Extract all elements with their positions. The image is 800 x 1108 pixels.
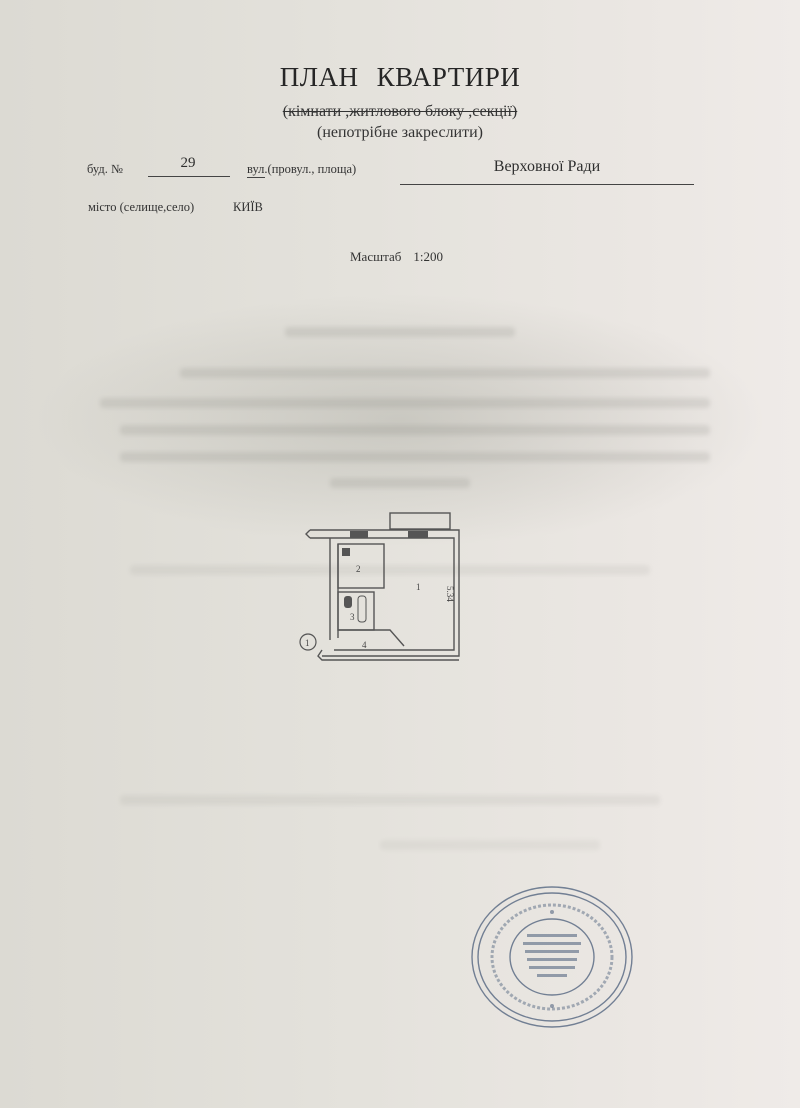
scale-label: Масштаб xyxy=(350,249,401,264)
svg-text:1: 1 xyxy=(416,582,421,592)
street-value: Верховної Ради xyxy=(400,158,694,176)
building-number: 29 xyxy=(148,155,228,172)
scale-value: 1:200 xyxy=(413,249,443,264)
street-underline xyxy=(400,184,694,185)
title-word-apartment: КВАРТИРИ xyxy=(377,62,521,92)
official-stamp-icon xyxy=(467,882,637,1032)
city-label: місто (селище,село) xyxy=(88,200,194,215)
street-label-underline xyxy=(247,177,265,178)
svg-text:4: 4 xyxy=(362,640,367,650)
svg-text:3: 3 xyxy=(350,612,355,622)
building-number-underline xyxy=(148,176,230,177)
street-label: вул.(провул., площа) xyxy=(247,162,356,177)
subtitle-struck-options: (кімнати ,житлового блоку ,секції) xyxy=(0,103,800,121)
svg-text:2: 2 xyxy=(356,564,361,574)
apartment-floor-plan-icon: 2 1 3 4 5.34 1 xyxy=(294,508,470,673)
svg-text:1: 1 xyxy=(305,638,310,648)
scale-line: Масштаб1:200 xyxy=(350,249,443,265)
document-page: ПЛАНКВАРТИРИ (кімнати ,житлового блоку ,… xyxy=(0,0,800,1108)
city-value: КИЇВ xyxy=(233,200,263,215)
title-word-plan: ПЛАН xyxy=(280,62,359,92)
svg-text:5.34: 5.34 xyxy=(445,586,455,602)
document-title: ПЛАНКВАРТИРИ xyxy=(0,62,800,93)
subtitle-note: (непотрібне закреслити) xyxy=(0,124,800,142)
building-label: буд. № xyxy=(87,162,123,177)
